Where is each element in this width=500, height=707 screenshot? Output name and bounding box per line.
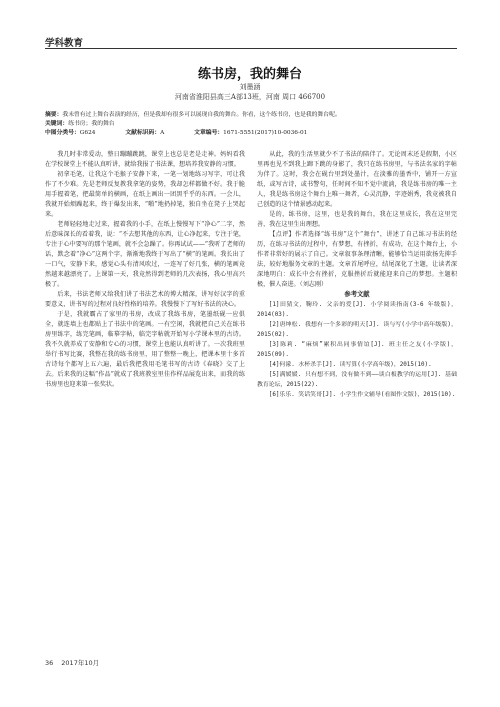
reference-item: [5]满媛媛. 只有想不到，没有做不到——谈白板教学的运用[J]. 基础教育论坛…: [257, 370, 457, 390]
article-author: 刘墨涵: [0, 82, 500, 92]
reference-item: [6]乐乐. 笑话笑哥[J]. 小学生作文辅导(看图作文版)，2015(10).: [257, 390, 457, 400]
body-paragraph: 从此，我的生活里就少不了书法的陪伴了。无论周末还是假期，小区里再也见不到我上蹿下…: [257, 150, 457, 210]
author-affiliation: 河南省淮阳县高三A部13班，河南 周口 466700: [0, 92, 500, 102]
keywords-line: 关键词：练书房；我的舞台: [45, 120, 457, 129]
doc-code-value: A: [160, 130, 164, 136]
header-divider: [45, 48, 457, 49]
reference-item: [2]唐坤松. 我想有一个多彩的明天[J]. 读与写(小学中高年级版)，2015…: [257, 320, 457, 340]
reference-item: [3]陈莉. “麻烦”累积出同事情谊[J]. 班主任之友(小学版)，2015(0…: [257, 340, 457, 360]
article-no-label: 文章编号：: [194, 130, 223, 136]
body-paragraph: 是的，练书房，这里，也是我的舞台，我在这里成长，我在这里完善，我在这里生出理想。: [257, 210, 457, 230]
abstract-text: 我未曾有过上舞台表演的经历，但是我却有很多可以展现自我的舞台。你看，这个练书房，…: [62, 112, 340, 118]
body-paragraph: 老师轻轻地走过来，握着我的小手，在纸上慢慢写下“净心”二字，然后意味深长的看着我…: [45, 220, 245, 290]
body-column-right: 从此，我的生活里就少不了书法的陪伴了。无论周末还是假期，小区里再也见不到我上蹿下…: [257, 150, 457, 400]
doc-code-label: 文献标识码：: [125, 130, 160, 136]
body-paragraph: 我几时非常爱动，整日蹦蹦跳跳，课堂上也总是老是走神。妈妈看我在学校课堂上不能认真…: [45, 150, 245, 170]
body-paragraph: 初拿毛笔，让我这个毛猴子安静下来，一笔一划地练习写字，可让我作了不少难。先是老师…: [45, 170, 245, 220]
page-number: 36: [45, 659, 53, 667]
review-paragraph: 【点评】作者选择“练书房”这个“舞台”，讲述了自己练习书法的经历，在练习书法的过…: [257, 230, 457, 290]
reference-item: [1]田猜文，鞠玲. 父亲的爱[J]. 小学阅读指南(3-6 年级版)，2014…: [257, 300, 457, 320]
article-title: 练书房，我的舞台: [0, 63, 500, 82]
body-column-left: 我几时非常爱动，整日蹦蹦跳跳，课堂上也总是老是走神。妈妈看我在学校课堂上不能认真…: [45, 150, 245, 390]
journal-section-header: 学科教育: [45, 35, 83, 49]
keywords-text: 练书房；我的舞台: [68, 121, 114, 127]
body-paragraph: 于是，我就霸占了家里的书房，改成了我练书房，笔墨纸砚一应俱全，就连墙上也都贴上了…: [45, 310, 245, 390]
body-paragraph: 后来，书法老师又给我们讲了书法艺术的博大精深，讲写好汉字的重要意义，讲书写的过程…: [45, 290, 245, 310]
page-footer: 362017年10月: [45, 658, 99, 667]
article-no-value: 1671-5551(2017)10-0036-01: [223, 130, 307, 136]
references-title: 参考文献: [257, 290, 457, 300]
clc-value: G624: [80, 130, 96, 136]
reference-item: [4]何濛. 水杯杀手[J]. 读写算(小学高年级)，2015(10).: [257, 360, 457, 370]
classification-line: 中图分类号：G624 文献标识码：A 文章编号：1671-5551(2017)1…: [45, 129, 457, 138]
abstract-label: 摘要：: [45, 112, 62, 118]
clc-label: 中图分类号：: [45, 130, 80, 136]
keywords-label: 关键词：: [45, 121, 68, 127]
issue-date: 2017年10月: [61, 659, 99, 667]
abstract-line: 摘要：我未曾有过上舞台表演的经历，但是我却有很多可以展现自我的舞台。你看，这个练…: [45, 111, 457, 120]
